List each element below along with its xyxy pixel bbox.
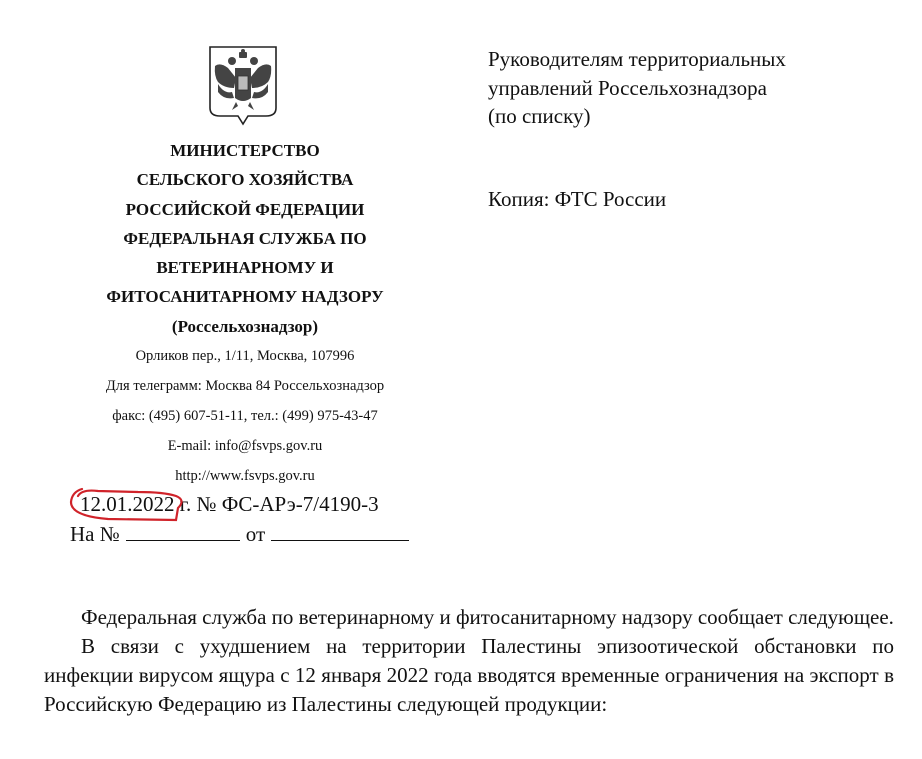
org-line-3: РОССИЙСКОЙ ФЕДЕРАЦИИ [60,195,430,224]
addressee-block: Руководителям территориальных управлений… [488,45,786,131]
org-line-6: ФИТОСАНИТАРНОМУ НАДЗОРУ [60,282,430,311]
postal-address: Орликов пер., 1/11, Москва, 107996 [60,341,430,371]
ref-number-label: На № [70,522,120,546]
registration-date: 12.01.2022 [80,490,175,518]
org-line-4: ФЕДЕРАЛЬНАЯ СЛУЖБА ПО [60,224,430,253]
phone-fax: факс: (495) 607-51-11, тел.: (499) 975-4… [60,401,430,431]
letter-body: Федеральная служба по ветеринарному и фи… [44,603,894,719]
sender-organization-block: МИНИСТЕРСТВО СЕЛЬСКОГО ХОЗЯЙСТВА РОССИЙС… [60,136,430,491]
addressee-line-2: управлений Россельхознадзора [488,74,786,103]
reference-line: На №от [70,520,409,548]
telegram-address: Для телеграмм: Москва 84 Россельхознадзо… [60,371,430,401]
ref-from-label: от [246,522,265,546]
body-paragraph-2: В связи с ухудшением на территории Палес… [44,632,894,719]
ref-date-blank[interactable] [271,539,409,541]
org-line-2: СЕЛЬСКОГО ХОЗЯЙСТВА [60,165,430,194]
double-headed-eagle-icon [206,44,280,130]
org-line-1: МИНИСТЕРСТВО [60,136,430,165]
coat-of-arms-emblem [206,44,280,130]
body-paragraph-1: Федеральная служба по ветеринарному и фи… [44,603,894,632]
copy-recipient: Копия: ФТС России [488,185,666,213]
org-short-name: (Россельхознадзор) [60,312,430,341]
registration-date-text: 12.01.2022 [80,492,175,516]
ref-number-blank[interactable] [126,539,240,541]
org-line-5: ВЕТЕРИНАРНОМУ И [60,253,430,282]
registration-line: 12.01.2022 г. № ФС-АРэ-7/4190-3 [80,490,379,518]
registration-number: г. № ФС-АРэ-7/4190-3 [175,492,379,516]
email-address: E-mail: info@fsvps.gov.ru [60,431,430,461]
website-url: http://www.fsvps.gov.ru [60,461,430,491]
addressee-line-3: (по списку) [488,102,786,131]
addressee-line-1: Руководителям территориальных [488,45,786,74]
